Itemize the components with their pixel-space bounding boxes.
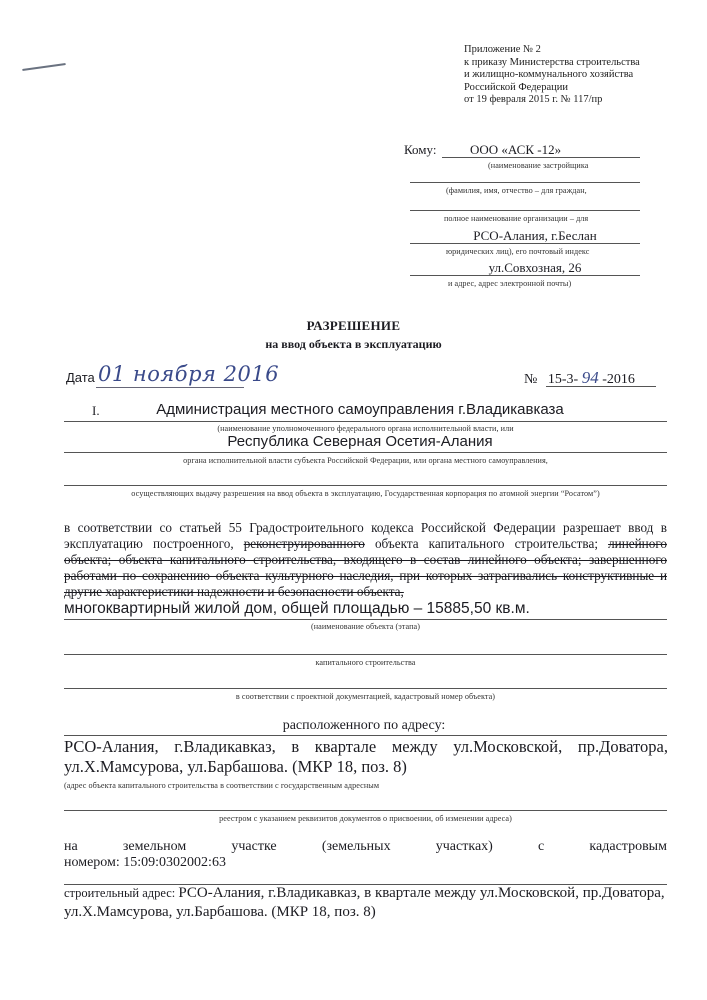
number-prefix: №: [524, 372, 537, 387]
rule-line: [64, 452, 667, 453]
caption-fio: (фамилия, имя, отчество – для граждан,: [446, 186, 587, 195]
rule-line: [410, 275, 640, 276]
document-title: РАЗРЕШЕНИЕ: [0, 318, 707, 334]
caption-registry: реестром с указанием реквизитов документ…: [64, 814, 667, 823]
rule-line: [64, 654, 667, 655]
land-word: участках): [436, 839, 493, 855]
appendix-line: Приложение № 2: [464, 44, 640, 57]
number-underline: [546, 386, 656, 387]
body-text-struck: реконструированного: [244, 536, 365, 551]
rule-line: [442, 157, 640, 158]
land-word: на: [64, 839, 78, 855]
rule-line: [410, 243, 640, 244]
number-handwritten: 94: [582, 368, 599, 387]
land-word: земельном: [123, 839, 186, 855]
land-plot: на земельном участке (земельных участках…: [64, 839, 667, 871]
construction-address: строительный адрес: РСО-Алания, г.Владик…: [64, 884, 674, 922]
appendix-line: Российской Федерации: [464, 82, 640, 95]
address-heading: расположенного по адресу:: [64, 718, 664, 734]
rule-line: [410, 182, 640, 183]
caption-state-address: (адрес объекта капитального строительств…: [64, 781, 379, 790]
rule-line: [64, 735, 667, 736]
pen-mark: [22, 63, 66, 71]
rule-line: [64, 810, 667, 811]
land-word: участке: [231, 839, 276, 855]
appendix-line: от 19 февраля 2015 г. № 117/пр: [464, 94, 640, 107]
permit-number: № 15-3- 94 -2016: [524, 368, 635, 388]
appendix-header: Приложение № 2 к приказу Министерства ст…: [464, 44, 640, 107]
object-address: РСО-Алания, г.Владикавказ, в квартале ме…: [64, 737, 668, 777]
rule-line: [64, 421, 667, 422]
appendix-line: к приказу Министерства строительства: [464, 57, 640, 70]
document-subtitle: на ввод объекта в эксплуатацию: [0, 337, 707, 352]
recipient-label: Кому:: [404, 142, 436, 158]
land-plot-row: на земельном участке (земельных участках…: [64, 839, 667, 855]
caption-legal: юридических лиц), его почтовый индекс: [446, 247, 589, 256]
issuing-authority: Администрация местного самоуправления г.…: [110, 401, 610, 418]
recipient-region-city: РСО-Алания, г.Беслан: [430, 228, 640, 244]
caption-rosatom: осуществляющих выдачу разрешения на ввод…: [64, 489, 667, 498]
caption-org: полное наименование организации – для: [444, 214, 588, 223]
appendix-line: и жилищно-коммунального хозяйства: [464, 69, 640, 82]
cadastral-number: номером: 15:09:0302002:63: [64, 855, 667, 871]
body-text-plain: объекта капитального строительства;: [365, 536, 608, 551]
recipient-developer: ООО «АСК -12»: [470, 142, 630, 158]
caption-authority: (наименование уполномоченного федерально…: [64, 424, 667, 433]
date-underline: [96, 387, 244, 388]
permit-body-text: в соответствии со статьей 55 Градостроит…: [64, 520, 667, 600]
number-end: -2016: [602, 372, 635, 387]
date-label: Дата: [66, 370, 95, 385]
rule-line: [64, 619, 667, 620]
caption-developer: (наименование застройщика: [488, 161, 588, 170]
recipient-street: ул.Совхозная, 26: [430, 260, 640, 276]
rule-line: [64, 485, 667, 486]
caption-project: в соответствии с проектной документацией…: [64, 692, 667, 701]
date-handwritten: 01 ноября 2016: [98, 362, 279, 386]
land-word: с: [538, 839, 544, 855]
construction-address-lead: строительный адрес:: [64, 886, 178, 900]
object-name: многоквартирный жилой дом, общей площадь…: [64, 600, 530, 618]
land-word: кадастровым: [589, 839, 667, 855]
caption-capital: капитального строительства: [64, 658, 667, 667]
rule-line: [410, 210, 640, 211]
land-word: (земельных: [322, 839, 391, 855]
section-number: I.: [92, 403, 100, 419]
number-start: 15-3-: [548, 372, 578, 387]
caption-region: органа исполнительной власти субъекта Ро…: [64, 456, 667, 465]
issuing-region: Республика Северная Осетия-Алания: [110, 433, 610, 450]
caption-address: и адрес, адрес электронной почты): [448, 279, 571, 288]
caption-object: (наименование объекта (этапа): [64, 622, 667, 631]
rule-line: [64, 688, 667, 689]
